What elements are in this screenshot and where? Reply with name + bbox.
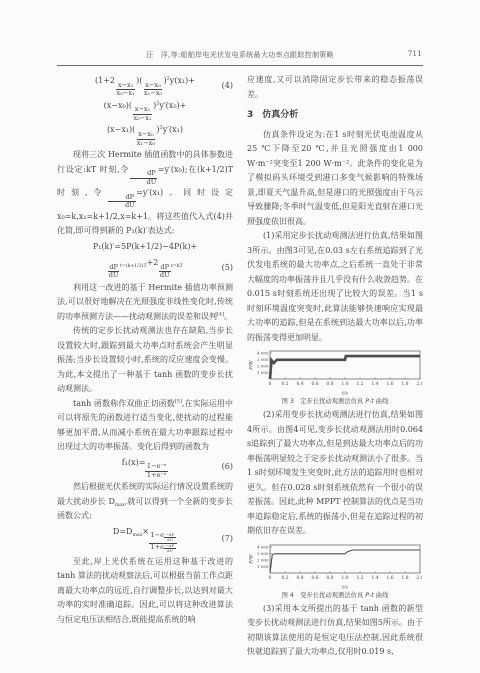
- left-paragraph-6: 至此,岸上光伏系统在运用这种基于改进的 tanh 算法的扰动观察法后,可以根据当…: [57, 555, 233, 628]
- equation-5-line2: dPdUt=(k+1/2)T+2dPdUt=kT (5): [57, 256, 233, 280]
- equation-4-tag: (4): [222, 79, 233, 94]
- svg-text:3 000: 3 000: [257, 357, 269, 362]
- right-paragraph-4: (3)采用本文所提出的基于 tanh 函数的新型变步长扰动观测法进行仿真,结果如…: [247, 602, 423, 660]
- right-column: 应速度,又可以消除固定步长带来的稳态振荡误差。 3 仿真分析 仿真条件设定为:在…: [247, 73, 423, 660]
- equation-4-line2: (x−x₀)(x−x₁x₀−x₁)2y′(x₀)+: [57, 99, 233, 123]
- svg-text:2 000: 2 000: [257, 364, 269, 369]
- svg-text:0.8: 0.8: [327, 576, 334, 581]
- svg-text:4 000: 4 000: [257, 544, 269, 549]
- svg-text:0.4: 0.4: [297, 382, 304, 387]
- svg-text:t/s: t/s: [342, 391, 348, 397]
- equation-7: D=Dmax×1−e−ΔPΔU1+e−ΔPΔU (7): [57, 525, 233, 554]
- left-paragraph-3: 传统的定步长扰动观测法也存在缺陷,当步长设置较大时,跟踪到最大功率点时系统会产生…: [57, 324, 233, 397]
- svg-text:P/W: P/W: [249, 553, 255, 565]
- svg-text:0.2: 0.2: [282, 576, 289, 581]
- svg-text:1 000: 1 000: [257, 370, 269, 375]
- equation-4-line3: (x−x₁)(x−x₀x₁−x₀)2y′(x₁): [57, 123, 233, 147]
- svg-text:2.0: 2.0: [417, 382, 422, 387]
- running-header: 汪 洋,等:船舶岸电光伏发电系统最大功率点跟踪控制策略 711: [57, 50, 423, 62]
- figure-3-plot: 00.20.40.60.81.01.21.41.61.82.01 0002 00…: [248, 348, 422, 396]
- left-paragraph-1: 现将三次 Hermite 插值函数中的具体参数进行设定:kT 时刻,令dPdU=…: [57, 148, 233, 239]
- svg-text:1.2: 1.2: [357, 576, 364, 581]
- right-paragraph-0: 应速度,又可以消除固定步长带来的稳态振荡误差。: [247, 73, 423, 102]
- svg-text:P/W: P/W: [249, 359, 255, 371]
- equation-6-tag: (6): [222, 460, 233, 475]
- two-column-body: (1+2x−x₁x₀−x₁)(x−x₀x₁−x₀)2y(x₁)+ (4) (x−…: [57, 73, 423, 660]
- right-paragraph-1: 仿真条件设定为:在1 s时刻光伏电池温度从25 ℃下降至20 ℃,并且光照强度由…: [247, 128, 423, 230]
- svg-text:0.6: 0.6: [312, 576, 319, 581]
- figure-4-caption: 图 4 变步长扰动观测法仿真 P-t 曲线: [247, 591, 423, 600]
- svg-text:0.4: 0.4: [297, 576, 304, 581]
- svg-text:1.0: 1.0: [342, 382, 349, 387]
- svg-text:1 000: 1 000: [257, 564, 269, 569]
- left-paragraph-2: 利用这一改进的基于 Hermite 插值功率预测法,可以很好地解决在光照强度非线…: [57, 281, 233, 325]
- svg-text:2 000: 2 000: [257, 557, 269, 562]
- svg-text:0.2: 0.2: [282, 382, 289, 387]
- svg-text:1.6: 1.6: [387, 576, 394, 581]
- figure-4-plot: 00.20.40.60.81.01.21.41.61.82.01 0002 00…: [248, 542, 422, 590]
- equation-5-line1: P₁(k)′=5P(k+1/2)−4P(k)+: [57, 240, 233, 255]
- svg-text:0: 0: [269, 576, 272, 581]
- equation-4-body: (1+2x−x₁x₀−x₁)(x−x₀x₁−x₀)2y(x₁)+: [95, 74, 195, 98]
- figure-3: 00.20.40.60.81.01.21.41.61.82.01 0002 00…: [247, 348, 423, 406]
- svg-text:2.0: 2.0: [417, 576, 422, 581]
- left-paragraph-4: tanh 函数称作双曲正切函数[5],在实际运用中可以将原先的函数进行适当变化,…: [57, 397, 233, 455]
- paper-page: 汪 洋,等:船舶岸电光伏发电系统最大功率点跟踪控制策略 711 (1+2x−x₁…: [0, 0, 480, 673]
- figure-3-caption: 图 3 定步长扰动观测法仿真 P-t 曲线: [247, 397, 423, 406]
- page-number: 711: [408, 50, 422, 58]
- equation-4-line1: (1+2x−x₁x₀−x₁)(x−x₀x₁−x₀)2y(x₁)+ (4): [57, 74, 233, 98]
- figure-4: 00.20.40.60.81.01.21.41.61.82.01 0002 00…: [247, 542, 423, 600]
- svg-text:4 000: 4 000: [257, 351, 269, 356]
- header-rule: [57, 65, 423, 66]
- svg-text:1.6: 1.6: [387, 382, 394, 387]
- section-heading-3: 3 仿真分析: [247, 108, 423, 123]
- right-paragraph-2: (1)采用定步长扰动观测法进行仿真,结果如图3所示。由图3可见,在0.03 s左…: [247, 229, 423, 345]
- equation-5-tag: (5): [222, 261, 233, 276]
- svg-text:t/s: t/s: [342, 584, 348, 590]
- left-paragraph-5: 然后根据光伏系统的实际运行情况设置系统的最大扰动步长 Dmax,就可以得到一个全…: [57, 480, 233, 524]
- equation-7-tag: (7): [222, 532, 233, 547]
- svg-text:0.8: 0.8: [327, 382, 334, 387]
- page-content: 汪 洋,等:船舶岸电光伏发电系统最大功率点跟踪控制策略 711 (1+2x−x₁…: [57, 50, 423, 660]
- svg-text:1.8: 1.8: [402, 382, 409, 387]
- svg-text:1.4: 1.4: [372, 576, 379, 581]
- left-column: (1+2x−x₁x₀−x₁)(x−x₀x₁−x₀)2y(x₁)+ (4) (x−…: [57, 73, 233, 660]
- right-paragraph-3: (2)采用变步长扰动观测法进行仿真,结果如图4所示。由图4可见,变步长扰动观测法…: [247, 408, 423, 539]
- svg-text:3 000: 3 000: [257, 551, 269, 556]
- svg-text:1.0: 1.0: [342, 576, 349, 581]
- svg-text:0.6: 0.6: [312, 382, 319, 387]
- svg-text:1.2: 1.2: [357, 382, 364, 387]
- running-title: 汪 洋,等:船舶岸电光伏发电系统最大功率点跟踪控制策略: [57, 50, 423, 60]
- svg-text:1.8: 1.8: [402, 576, 409, 581]
- svg-text:0: 0: [269, 382, 272, 387]
- svg-text:1.4: 1.4: [372, 382, 379, 387]
- equation-6: f₁(x)=1−e⁻ˣ1+e⁻ˣ (6): [57, 456, 233, 480]
